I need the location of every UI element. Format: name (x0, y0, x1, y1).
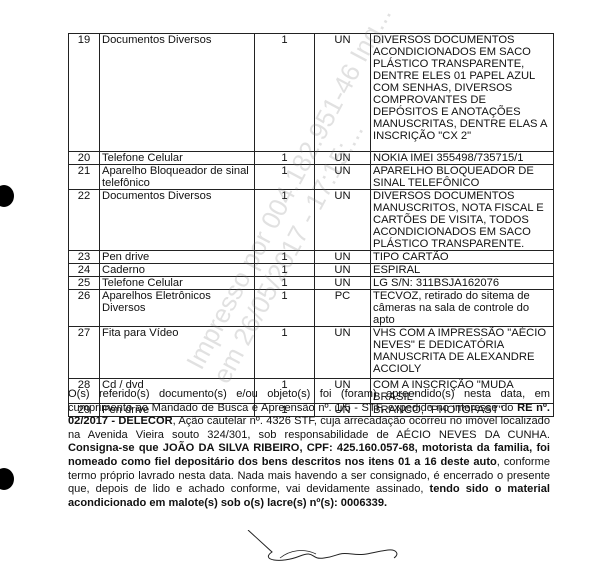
item-observation: TIPO CARTÃO (371, 251, 554, 264)
item-description: Caderno (100, 264, 255, 277)
seizure-statement: O(s) referido(s) documento(s) e/ou objet… (68, 388, 550, 510)
item-description: Documentos Diversos (100, 34, 255, 152)
table-row: 21Aparelho Bloqueador de sinal telefônic… (69, 165, 554, 190)
item-unit: UN (315, 277, 371, 290)
item-unit: UN (315, 190, 371, 251)
item-number: 21 (69, 165, 100, 190)
item-quantity: 1 (255, 34, 315, 152)
item-quantity: 1 (255, 190, 315, 251)
statement-depositary: Consigna-se que JOÃO DA SILVA RIBEIRO, C… (68, 442, 550, 468)
item-description: Aparelhos Eletrônicos Diversos (100, 290, 255, 327)
table-row: 24Caderno1UNESPIRAL (69, 264, 554, 277)
item-unit: PC (315, 290, 371, 327)
item-quantity: 1 (255, 290, 315, 327)
item-observation: VHS COM A IMPRESSÃO "AÉCIO NEVES" E DEDI… (371, 327, 554, 379)
item-observation: ESPIRAL (371, 264, 554, 277)
item-number: 22 (69, 190, 100, 251)
item-observation: DIVERSOS DOCUMENTOS MANUSCRITOS, NOTA FI… (371, 190, 554, 251)
item-description: Aparelho Bloqueador de sinal telefônico (100, 165, 255, 190)
table-row: 25Telefone Celular1UNLG S/N: 311BSJA1620… (69, 277, 554, 290)
item-description: Telefone Celular (100, 277, 255, 290)
item-unit: UN (315, 264, 371, 277)
item-quantity: 1 (255, 264, 315, 277)
item-observation: TECVOZ, retirado do sitema de câmeras na… (371, 290, 554, 327)
item-number: 27 (69, 327, 100, 379)
item-quantity: 1 (255, 152, 315, 165)
item-observation: LG S/N: 311BSJA162076 (371, 277, 554, 290)
item-unit: UN (315, 34, 371, 152)
table-row: 20Telefone Celular1UNNOKIA IMEI 355498/7… (69, 152, 554, 165)
item-observation: APARELHO BLOQUEADOR DE SINAL TELEFÔNICO (371, 165, 554, 190)
table-row: 22Documentos Diversos1UNDIVERSOS DOCUMEN… (69, 190, 554, 251)
item-description: Fita para Vídeo (100, 327, 255, 379)
item-quantity: 1 (255, 277, 315, 290)
item-number: 20 (69, 152, 100, 165)
item-number: 19 (69, 34, 100, 152)
item-unit: UN (315, 152, 371, 165)
item-quantity: 1 (255, 251, 315, 264)
statement-part-1: O(s) referido(s) documento(s) e/ou objet… (68, 388, 550, 414)
item-quantity: 1 (255, 327, 315, 379)
item-unit: UN (315, 327, 371, 379)
table-row: 26Aparelhos Eletrônicos Diversos1PCTECVO… (69, 290, 554, 327)
item-description: Telefone Celular (100, 152, 255, 165)
item-unit: UN (315, 165, 371, 190)
table-row: 27Fita para Vídeo1UNVHS COM A IMPRESSÃO … (69, 327, 554, 379)
handwritten-signature (220, 530, 420, 564)
item-number: 25 (69, 277, 100, 290)
item-quantity: 1 (255, 165, 315, 190)
item-number: 26 (69, 290, 100, 327)
item-observation: NOKIA IMEI 355498/735715/1 (371, 152, 554, 165)
item-unit: UN (315, 251, 371, 264)
table-row: 23Pen drive1UNTIPO CARTÃO (69, 251, 554, 264)
item-description: Pen drive (100, 251, 255, 264)
item-number: 23 (69, 251, 100, 264)
binder-hole-top (0, 185, 14, 207)
table-row: 19Documentos Diversos1UNDIVERSOS DOCUMEN… (69, 34, 554, 152)
item-description: Documentos Diversos (100, 190, 255, 251)
item-number: 24 (69, 264, 100, 277)
item-observation: DIVERSOS DOCUMENTOS ACONDICIONADOS EM SA… (371, 34, 554, 152)
seized-items-table: 19Documentos Diversos1UNDIVERSOS DOCUMEN… (68, 33, 554, 417)
binder-hole-bottom (0, 468, 14, 490)
